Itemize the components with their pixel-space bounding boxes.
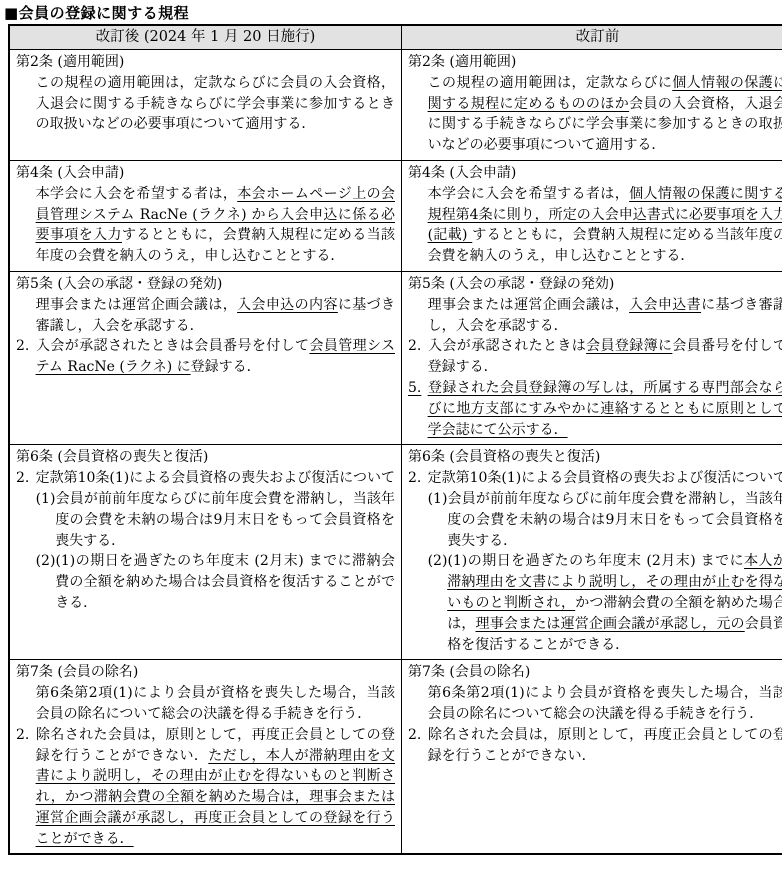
page-title: ■会員の登録に関する規程	[4, 4, 782, 22]
cell-revision-before: 第4条 (入会申請)本学会に入会を希望する者は，個人情報の保護に関する規程第4条…	[402, 160, 782, 271]
text-run: この規程の適用範囲は，定款ならびに会員の入会資格，入退会に関する手続きならびに学…	[36, 75, 395, 133]
paragraph: この規程の適用範囲は，定款ならびに個人情報の保護に関する規程に定めるもののほか会…	[428, 73, 782, 156]
item-number: (2)	[36, 551, 56, 572]
text-run: 第6条 (会員資格の喪失と復活)	[16, 449, 208, 465]
item-number: 2.	[408, 468, 428, 489]
numbered-item: 2.定款第10条(1)による会員資格の喪失および復活について	[408, 468, 782, 489]
article-heading: 第5条 (入会の承認・登録の発効)	[16, 274, 395, 295]
text-run: (1)の期日を過ぎたのち年度末 (2月末) までに	[447, 553, 744, 569]
text-run: 本学会に入会を希望する者は，	[36, 186, 238, 202]
article-heading: 第7条 (会員の除名)	[408, 662, 782, 683]
cell-revision-before: 第5条 (入会の承認・登録の発効)理事会または運営企画会議は，入会申込書に基づき…	[402, 271, 782, 444]
cell-revision-after: 第6条 (会員資格の喪失と復活)2.定款第10条(1)による会員資格の喪失および…	[9, 445, 402, 660]
article-heading: 第5条 (入会の承認・登録の発効)	[408, 274, 782, 295]
article-heading: 第6条 (会員資格の喪失と復活)	[408, 447, 782, 468]
text-run: 入会が承認されたときは	[428, 338, 587, 354]
cell-revision-after: 第5条 (入会の承認・登録の発効)理事会または運営企画会議は，入会申込の内容に基…	[9, 271, 402, 444]
text-run: 第2条 (適用範囲)	[16, 54, 124, 70]
text-run: 除名された会員は，原則として，再度正会員としての登録を行うことができない．	[428, 727, 782, 764]
paragraph: 第6条第2項(1)により会員が資格を喪失した場合，当該会員の除名について総会の決…	[428, 683, 782, 725]
table-row: 第2条 (適用範囲)この規程の適用範囲は，定款ならびに会員の入会資格，入退会に関…	[9, 50, 782, 161]
text-run: 第4条 (入会申請)	[16, 165, 124, 181]
paragraph: 理事会または運営企画会議は，入会申込書に基づき審議し，入会を承認する．	[428, 295, 782, 337]
column-header-after: 改訂後 (2024 年 1 月 20 日施行)	[9, 25, 402, 50]
text-run: 第7条 (会員の除名)	[16, 664, 138, 680]
cell-revision-after: 第2条 (適用範囲)この規程の適用範囲は，定款ならびに会員の入会資格，入退会に関…	[9, 50, 402, 161]
text-run: するとともに，会費納入規程に定める当該年度の会費を納入のうえ，申し込むこととする…	[428, 227, 782, 264]
text-run: 第7条 (会員の除名)	[408, 664, 530, 680]
item-number: 2.	[408, 725, 428, 746]
article-heading: 第4条 (入会申請)	[16, 163, 395, 184]
numbered-item: 5.登録された会員登録簿の写しは，所属する専門部会ならびに地方支部にすみやかに連…	[408, 378, 782, 440]
sub-item: (2)(1)の期日を過ぎたのち年度末 (2月末) までに本人が滞納理由を文書によ…	[408, 551, 782, 655]
text-run: 第6条第2項(1)により会員が資格を喪失した場合，当該会員の除名について総会の決…	[428, 685, 782, 722]
article-heading: 第7条 (会員の除名)	[16, 662, 395, 683]
item-number: (1)	[36, 489, 56, 510]
cell-revision-after: 第4条 (入会申請)本学会に入会を希望する者は，本会ホームページ上の会員管理シス…	[9, 160, 402, 271]
rules-table-body: 第2条 (適用範囲)この規程の適用範囲は，定款ならびに会員の入会資格，入退会に関…	[9, 50, 782, 855]
numbered-item: 2.入会が承認されたときは会員番号を付して会員管理システム RacNe (ラクネ…	[16, 336, 395, 378]
item-number: 2.	[408, 336, 428, 357]
text-run: 定款第10条(1)による会員資格の喪失および復活について	[428, 470, 782, 486]
underlined-text: 登録された会員登録簿の写しは，所属する専門部会ならびに地方支部にすみやかに連絡す…	[428, 380, 782, 438]
underlined-text: 入会申込書	[629, 297, 701, 313]
numbered-item: 2.除名された会員は，原則として，再度正会員としての登録を行うことができない．	[408, 725, 782, 767]
sub-item: (2)(1)の期日を過ぎたのち年度末 (2月末) までに滞納会費の全額を納めた場…	[16, 551, 395, 613]
text-run: 第2条 (適用範囲)	[408, 54, 516, 70]
text-run: 本学会に入会を希望する者は，	[428, 186, 630, 202]
article-heading: 第6条 (会員資格の喪失と復活)	[16, 447, 395, 468]
paragraph: 本学会に入会を希望する者は，本会ホームページ上の会員管理システム RacNe (…	[36, 184, 395, 267]
column-header-before: 改訂前	[402, 25, 782, 50]
table-header: 改訂後 (2024 年 1 月 20 日施行) 改訂前	[9, 25, 782, 50]
numbered-item: 2.定款第10条(1)による会員資格の喪失および復活について	[16, 468, 395, 489]
underlined-text: 会員登録簿に	[586, 338, 672, 354]
numbered-item: 2.入会が承認されたときは会員登録簿に会員番号を付して登録する．	[408, 336, 782, 378]
text-run: 定款第10条(1)による会員資格の喪失および復活について	[36, 470, 395, 486]
item-number: 5.	[408, 378, 428, 399]
article-heading: 第4条 (入会申請)	[408, 163, 782, 184]
table-row: 第4条 (入会申請)本学会に入会を希望する者は，本会ホームページ上の会員管理シス…	[9, 160, 782, 271]
paragraph: この規程の適用範囲は，定款ならびに会員の入会資格，入退会に関する手続きならびに学…	[36, 73, 395, 135]
paragraph: 第6条第2項(1)により会員が資格を喪失した場合，当該会員の除名について総会の決…	[36, 683, 395, 725]
item-number: 2.	[16, 725, 36, 746]
underlined-text: 入会申込の内容	[237, 297, 338, 313]
header-row: 改訂後 (2024 年 1 月 20 日施行) 改訂前	[9, 25, 782, 50]
text-run: この規程の適用範囲は，定款ならびに	[428, 75, 673, 91]
text-run: 登録する．	[191, 359, 261, 375]
table-row: 第7条 (会員の除名)第6条第2項(1)により会員が資格を喪失した場合，当該会員…	[9, 660, 782, 855]
text-run: 会員が前前年度ならびに前年度会費を滞納し，当該年度の会費を未納の場合は9月末日を…	[55, 491, 395, 549]
item-number: 2.	[16, 468, 36, 489]
sub-item: (1)会員が前前年度ならびに前年度会費を滞納し，当該年度の会費を未納の場合は9月…	[16, 489, 395, 551]
table-row: 第6条 (会員資格の喪失と復活)2.定款第10条(1)による会員資格の喪失および…	[9, 445, 782, 660]
text-run: 第4条 (入会申請)	[408, 165, 516, 181]
paragraph: 理事会または運営企画会議は，入会申込の内容に基づき審議し，入会を承認する．	[36, 295, 395, 337]
text-run: 第5条 (入会の承認・登録の発効)	[408, 276, 614, 292]
item-number: 2.	[16, 336, 36, 357]
text-run: 入会が承認されたときは会員番号を付して	[36, 338, 310, 354]
numbered-item: 2.除名された会員は，原則として，再度正会員としての登録を行うことができない．た…	[16, 725, 395, 850]
text-run: (1)の期日を過ぎたのち年度末 (2月末) までに滞納会費の全額を納めた場合は会…	[55, 553, 395, 611]
cell-revision-before: 第2条 (適用範囲)この規程の適用範囲は，定款ならびに個人情報の保護に関する規程…	[402, 50, 782, 161]
text-run: 理事会または運営企画会議は，	[428, 297, 630, 313]
cell-revision-after: 第7条 (会員の除名)第6条第2項(1)により会員が資格を喪失した場合，当該会員…	[9, 660, 402, 855]
article-heading: 第2条 (適用範囲)	[408, 52, 782, 73]
item-number: (2)	[428, 551, 448, 572]
item-number: (1)	[428, 489, 448, 510]
sub-item: (1)会員が前前年度ならびに前年度会費を滞納し，当該年度の会費を未納の場合は9月…	[408, 489, 782, 551]
paragraph: 本学会に入会を希望する者は，個人情報の保護に関する規程第4条に則り，所定の入会申…	[428, 184, 782, 267]
revision-comparison-table: 改訂後 (2024 年 1 月 20 日施行) 改訂前 第2条 (適用範囲)この…	[8, 24, 782, 855]
cell-revision-before: 第7条 (会員の除名)第6条第2項(1)により会員が資格を喪失した場合，当該会員…	[402, 660, 782, 855]
text-run: 理事会または運営企画会議は，	[36, 297, 238, 313]
article-heading: 第2条 (適用範囲)	[16, 52, 395, 73]
text-run: 第6条第2項(1)により会員が資格を喪失した場合，当該会員の除名について総会の決…	[36, 685, 395, 722]
text-run: 第5条 (入会の承認・登録の発効)	[16, 276, 222, 292]
text-run: 会員が前前年度ならびに前年度会費を滞納し，当該年度の会費を未納の場合は9月末日を…	[447, 491, 782, 549]
table-row: 第5条 (入会の承認・登録の発効)理事会または運営企画会議は，入会申込の内容に基…	[9, 271, 782, 444]
underlined-text: 理事会または運営企画会議が承認し，元の	[476, 616, 745, 632]
text-run: 第6条 (会員資格の喪失と復活)	[408, 449, 600, 465]
cell-revision-before: 第6条 (会員資格の喪失と復活)2.定款第10条(1)による会員資格の喪失および…	[402, 445, 782, 660]
